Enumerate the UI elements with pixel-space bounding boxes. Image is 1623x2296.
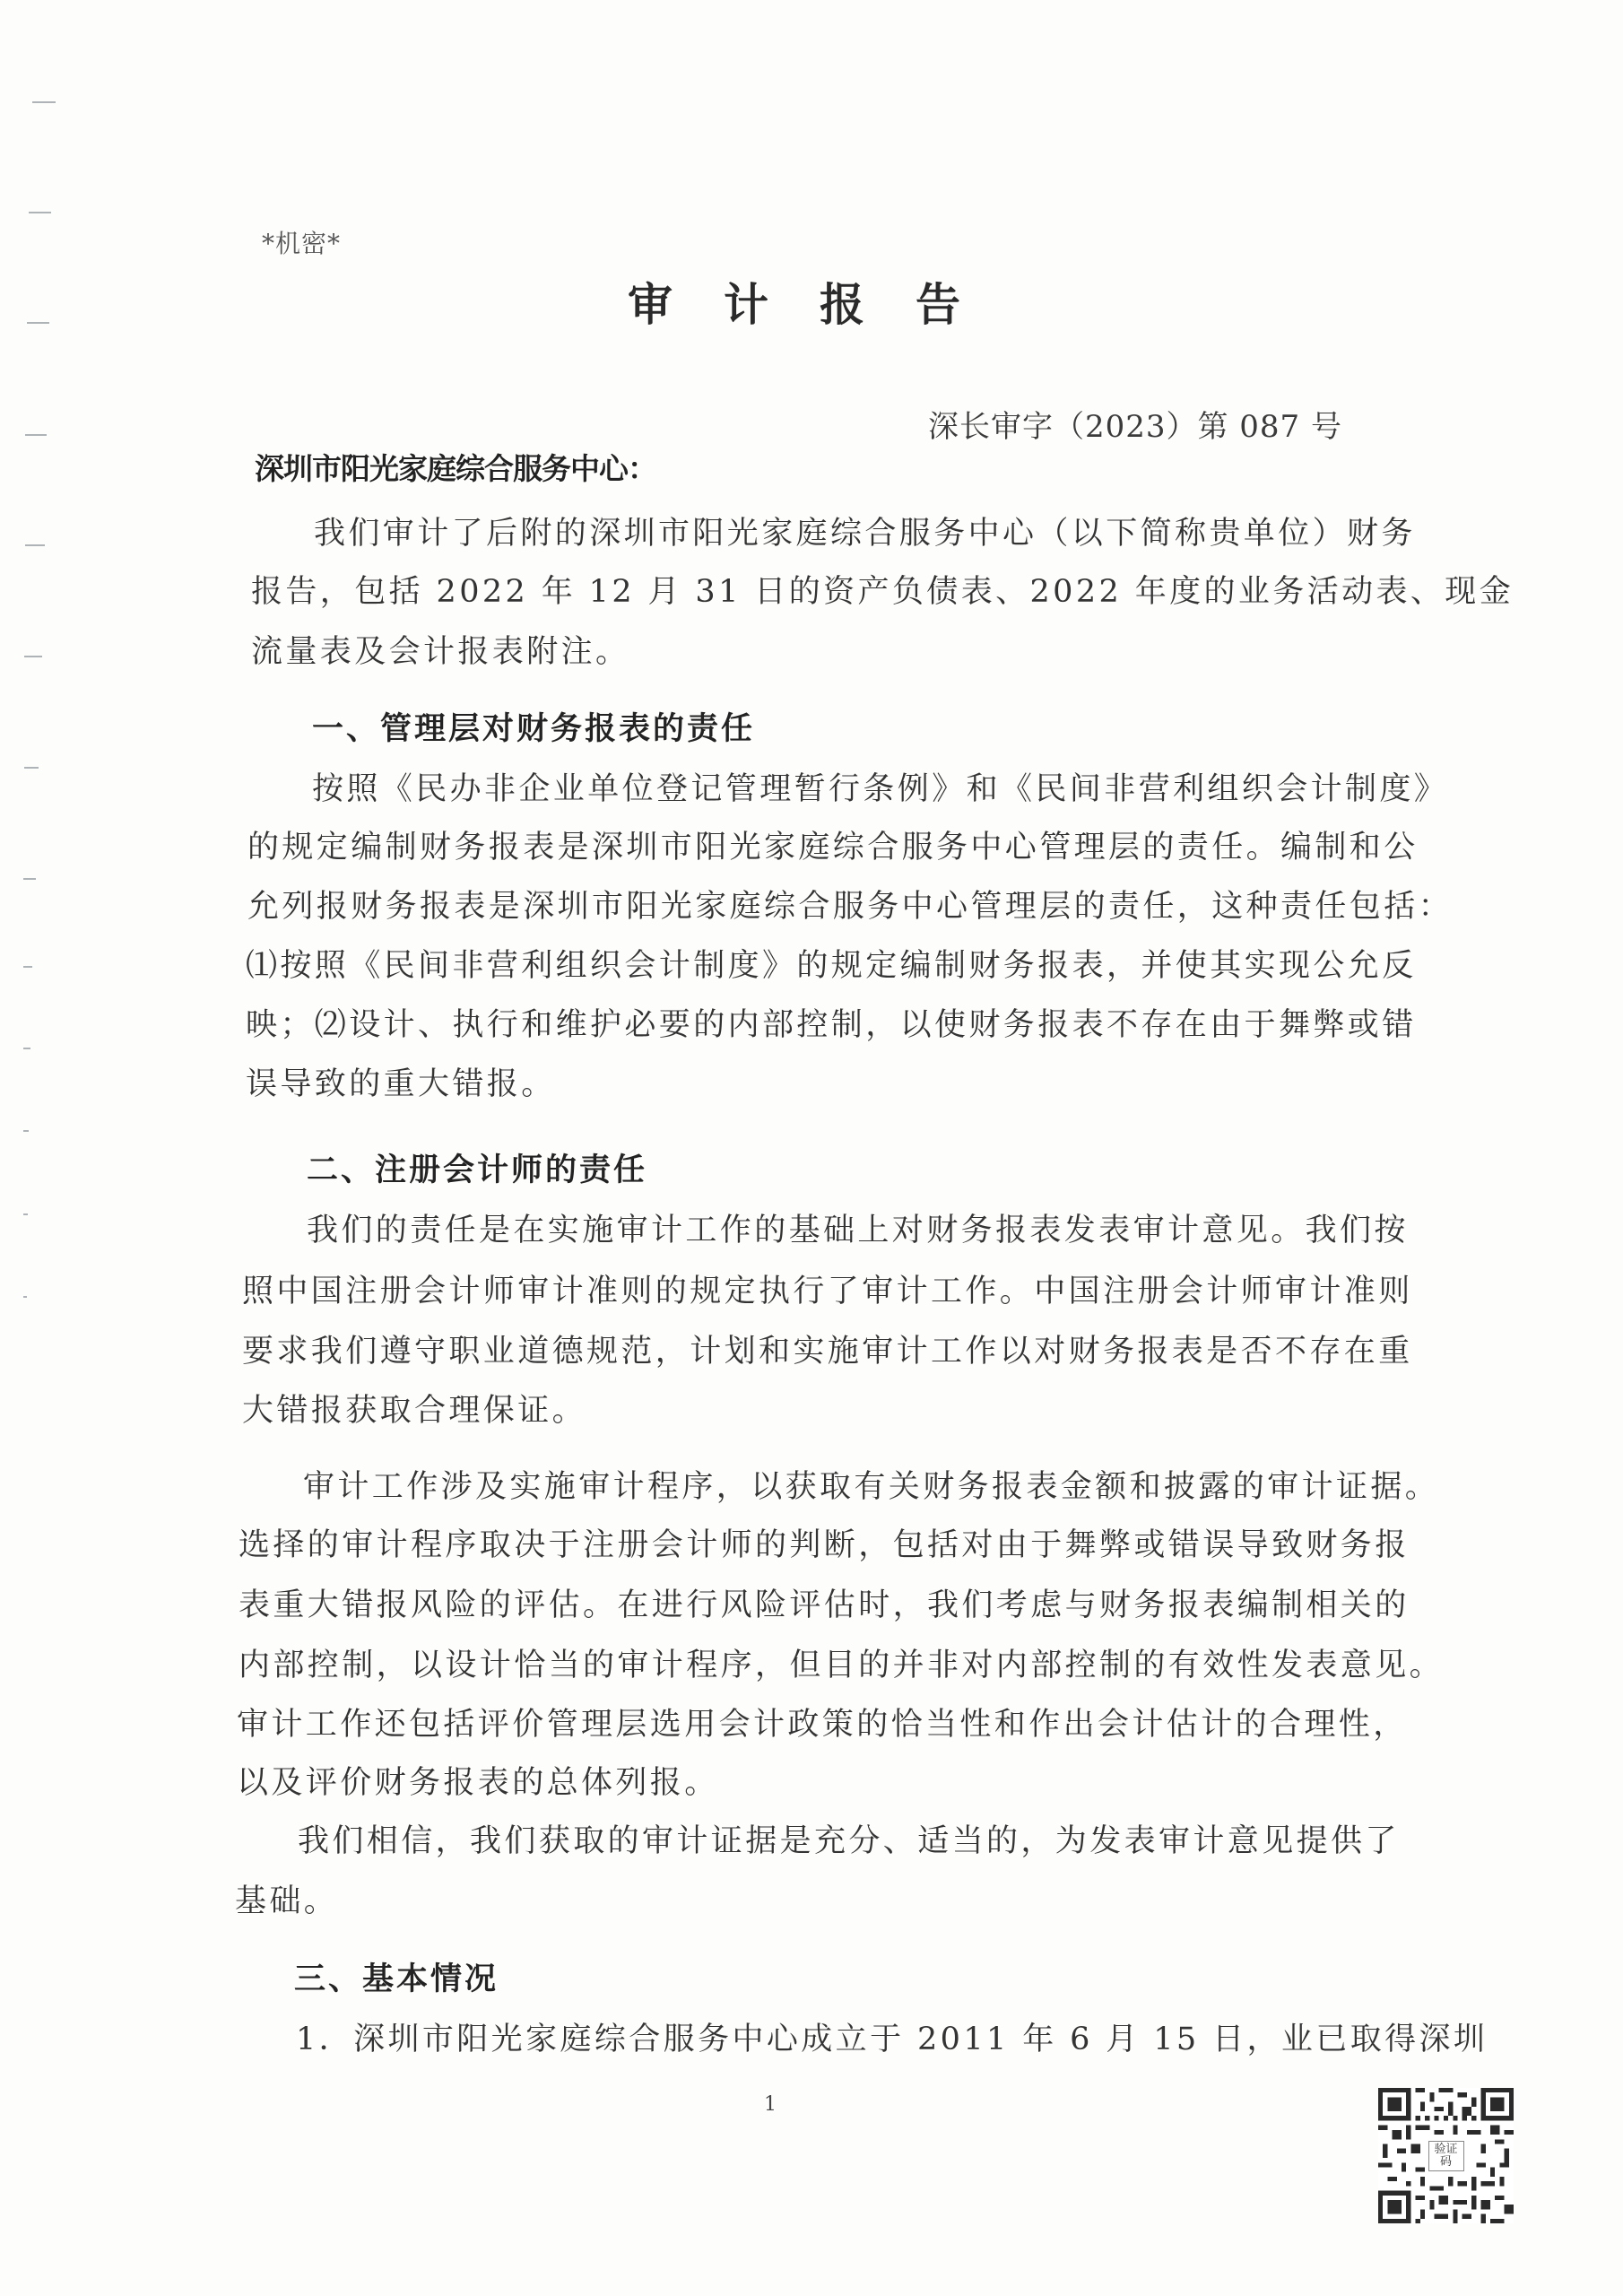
binding-mark — [25, 434, 47, 436]
text-line: 我们的责任是在实施审计工作的基础上对财务报表发表审计意见。我们按 — [307, 1211, 1409, 1250]
text-line: 报告，包括 2022 年 12 月 31 日的资产负债表、2022 年度的业务活… — [251, 572, 1514, 612]
text-line: 大错报获取合理保证。 — [242, 1391, 586, 1431]
text-line: 1．深圳市阳光家庭综合服务中心成立于 2011 年 6 月 15 日，业已取得深… — [296, 2020, 1488, 2059]
section-heading: 一、管理层对财务报表的责任 — [312, 709, 755, 749]
text-line: 我们相信，我们获取的审计证据是充分、适当的，为发表审计意见提供了 — [298, 1822, 1400, 1861]
binding-mark — [23, 878, 36, 880]
document-number: 深长审字（2023）第 087 号 — [928, 407, 1342, 447]
binding-mark — [23, 1048, 30, 1049]
text-line: 审计工作涉及实施审计程序，以获取有关财务报表金额和披露的审计证据。 — [303, 1467, 1439, 1507]
text-line: 照中国注册会计师审计准则的规定执行了审计工作。中国注册会计师审计准则 — [242, 1272, 1413, 1311]
qr-label-top: 验证 — [1430, 2144, 1462, 2156]
text-line: 我们审计了后附的深圳市阳光家庭综合服务中心（以下简称贵单位）财务 — [314, 514, 1416, 553]
page-title: 审计报告 — [628, 278, 1011, 332]
text-line: 内部控制，以设计恰当的审计程序，但目的并非对内部控制的有效性发表意见。 — [239, 1646, 1444, 1685]
text-line: 映；⑵设计、执行和维护必要的内部控制，以使财务报表不存在由于舞弊或错 — [246, 1005, 1417, 1045]
text-line: 选择的审计程序取决于注册会计师的判断，包括对由于舞弊或错误导致财务报 — [239, 1526, 1410, 1565]
binding-mark — [29, 212, 51, 213]
binding-mark — [32, 101, 56, 103]
text-line: 表重大错报风险的评估。在进行风险评估时，我们考虑与财务报表编制相关的 — [239, 1586, 1410, 1625]
text-line: ⑴按照《民间非营利组织会计制度》的规定编制财务报表，并使其实现公允反 — [246, 946, 1417, 986]
binding-mark — [24, 767, 39, 769]
binding-mark — [23, 1296, 27, 1298]
binding-mark — [23, 1213, 28, 1215]
binding-mark — [23, 966, 32, 968]
text-line: 误导致的重大错报。 — [246, 1065, 556, 1104]
qr-label-bottom: 码 — [1430, 2156, 1462, 2169]
binding-mark — [24, 656, 42, 657]
page-number: 1 — [764, 2093, 777, 2117]
confidential-mark: *机密* — [262, 229, 341, 259]
text-line: 允列报财务报表是深圳市阳光家庭综合服务中心管理层的责任，这种责任包括： — [247, 887, 1453, 926]
text-line: 基础。 — [235, 1882, 338, 1921]
section-heading: 二、注册会计师的责任 — [307, 1151, 647, 1190]
text-line: 审计工作还包括评价管理层选用会计政策的恰当性和作出会计估计的合理性， — [237, 1705, 1408, 1744]
binding-mark — [25, 544, 45, 546]
text-line: 的规定编制财务报表是深圳市阳光家庭综合服务中心管理层的责任。编制和公 — [247, 828, 1419, 867]
binding-mark — [23, 1130, 29, 1132]
text-line: 以及评价财务报表的总体列报。 — [237, 1763, 719, 1803]
salutation: 深圳市阳光家庭综合服务中心： — [255, 449, 656, 489]
qr-verification-label: 验证 码 — [1428, 2141, 1464, 2171]
section-heading: 三、基本情况 — [294, 1960, 499, 1999]
text-line: 流量表及会计报表附注。 — [251, 632, 629, 672]
verification-qr-code: 验证 码 — [1378, 2088, 1514, 2223]
text-line: 按照《民办非企业单位登记管理暂行条例》和《民间非营利组织会计制度》 — [312, 770, 1448, 809]
text-line: 要求我们遵守职业道德规范，计划和实施审计工作以对财务报表是否不存在重 — [242, 1332, 1413, 1371]
binding-mark — [27, 322, 49, 324]
